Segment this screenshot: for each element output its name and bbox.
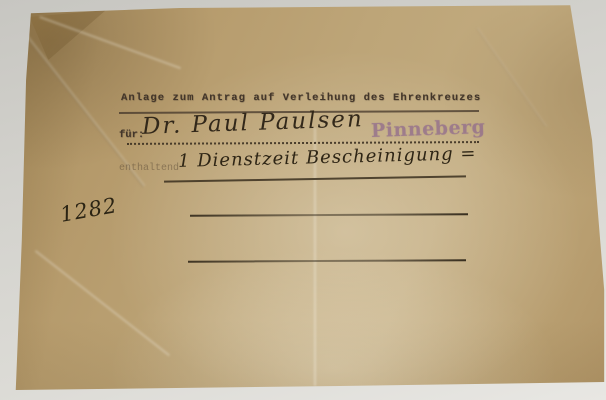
typed-header: Anlage zum Antrag auf Verleihung des Ehr… (121, 92, 481, 104)
contents-underline (164, 175, 466, 182)
torn-corner-fold (28, 10, 106, 60)
pinneberg-town-stamp: Pinneberg (371, 116, 486, 142)
paper-crease (35, 250, 170, 356)
paper-crease (476, 28, 546, 127)
archive-number-handwriting: 1282 (58, 193, 119, 227)
blank-ruled-line (190, 213, 468, 216)
contents-handwriting: 1 Dienstzeit Bescheinigung = (178, 143, 477, 172)
blank-ruled-line (188, 259, 466, 262)
enthaltend-label: enthaltend (119, 163, 179, 174)
kraft-envelope: Anlage zum Antrag auf Verleihung des Ehr… (0, 0, 606, 400)
photo-of-envelope: Anlage zum Antrag auf Verleihung des Ehr… (0, 0, 606, 400)
